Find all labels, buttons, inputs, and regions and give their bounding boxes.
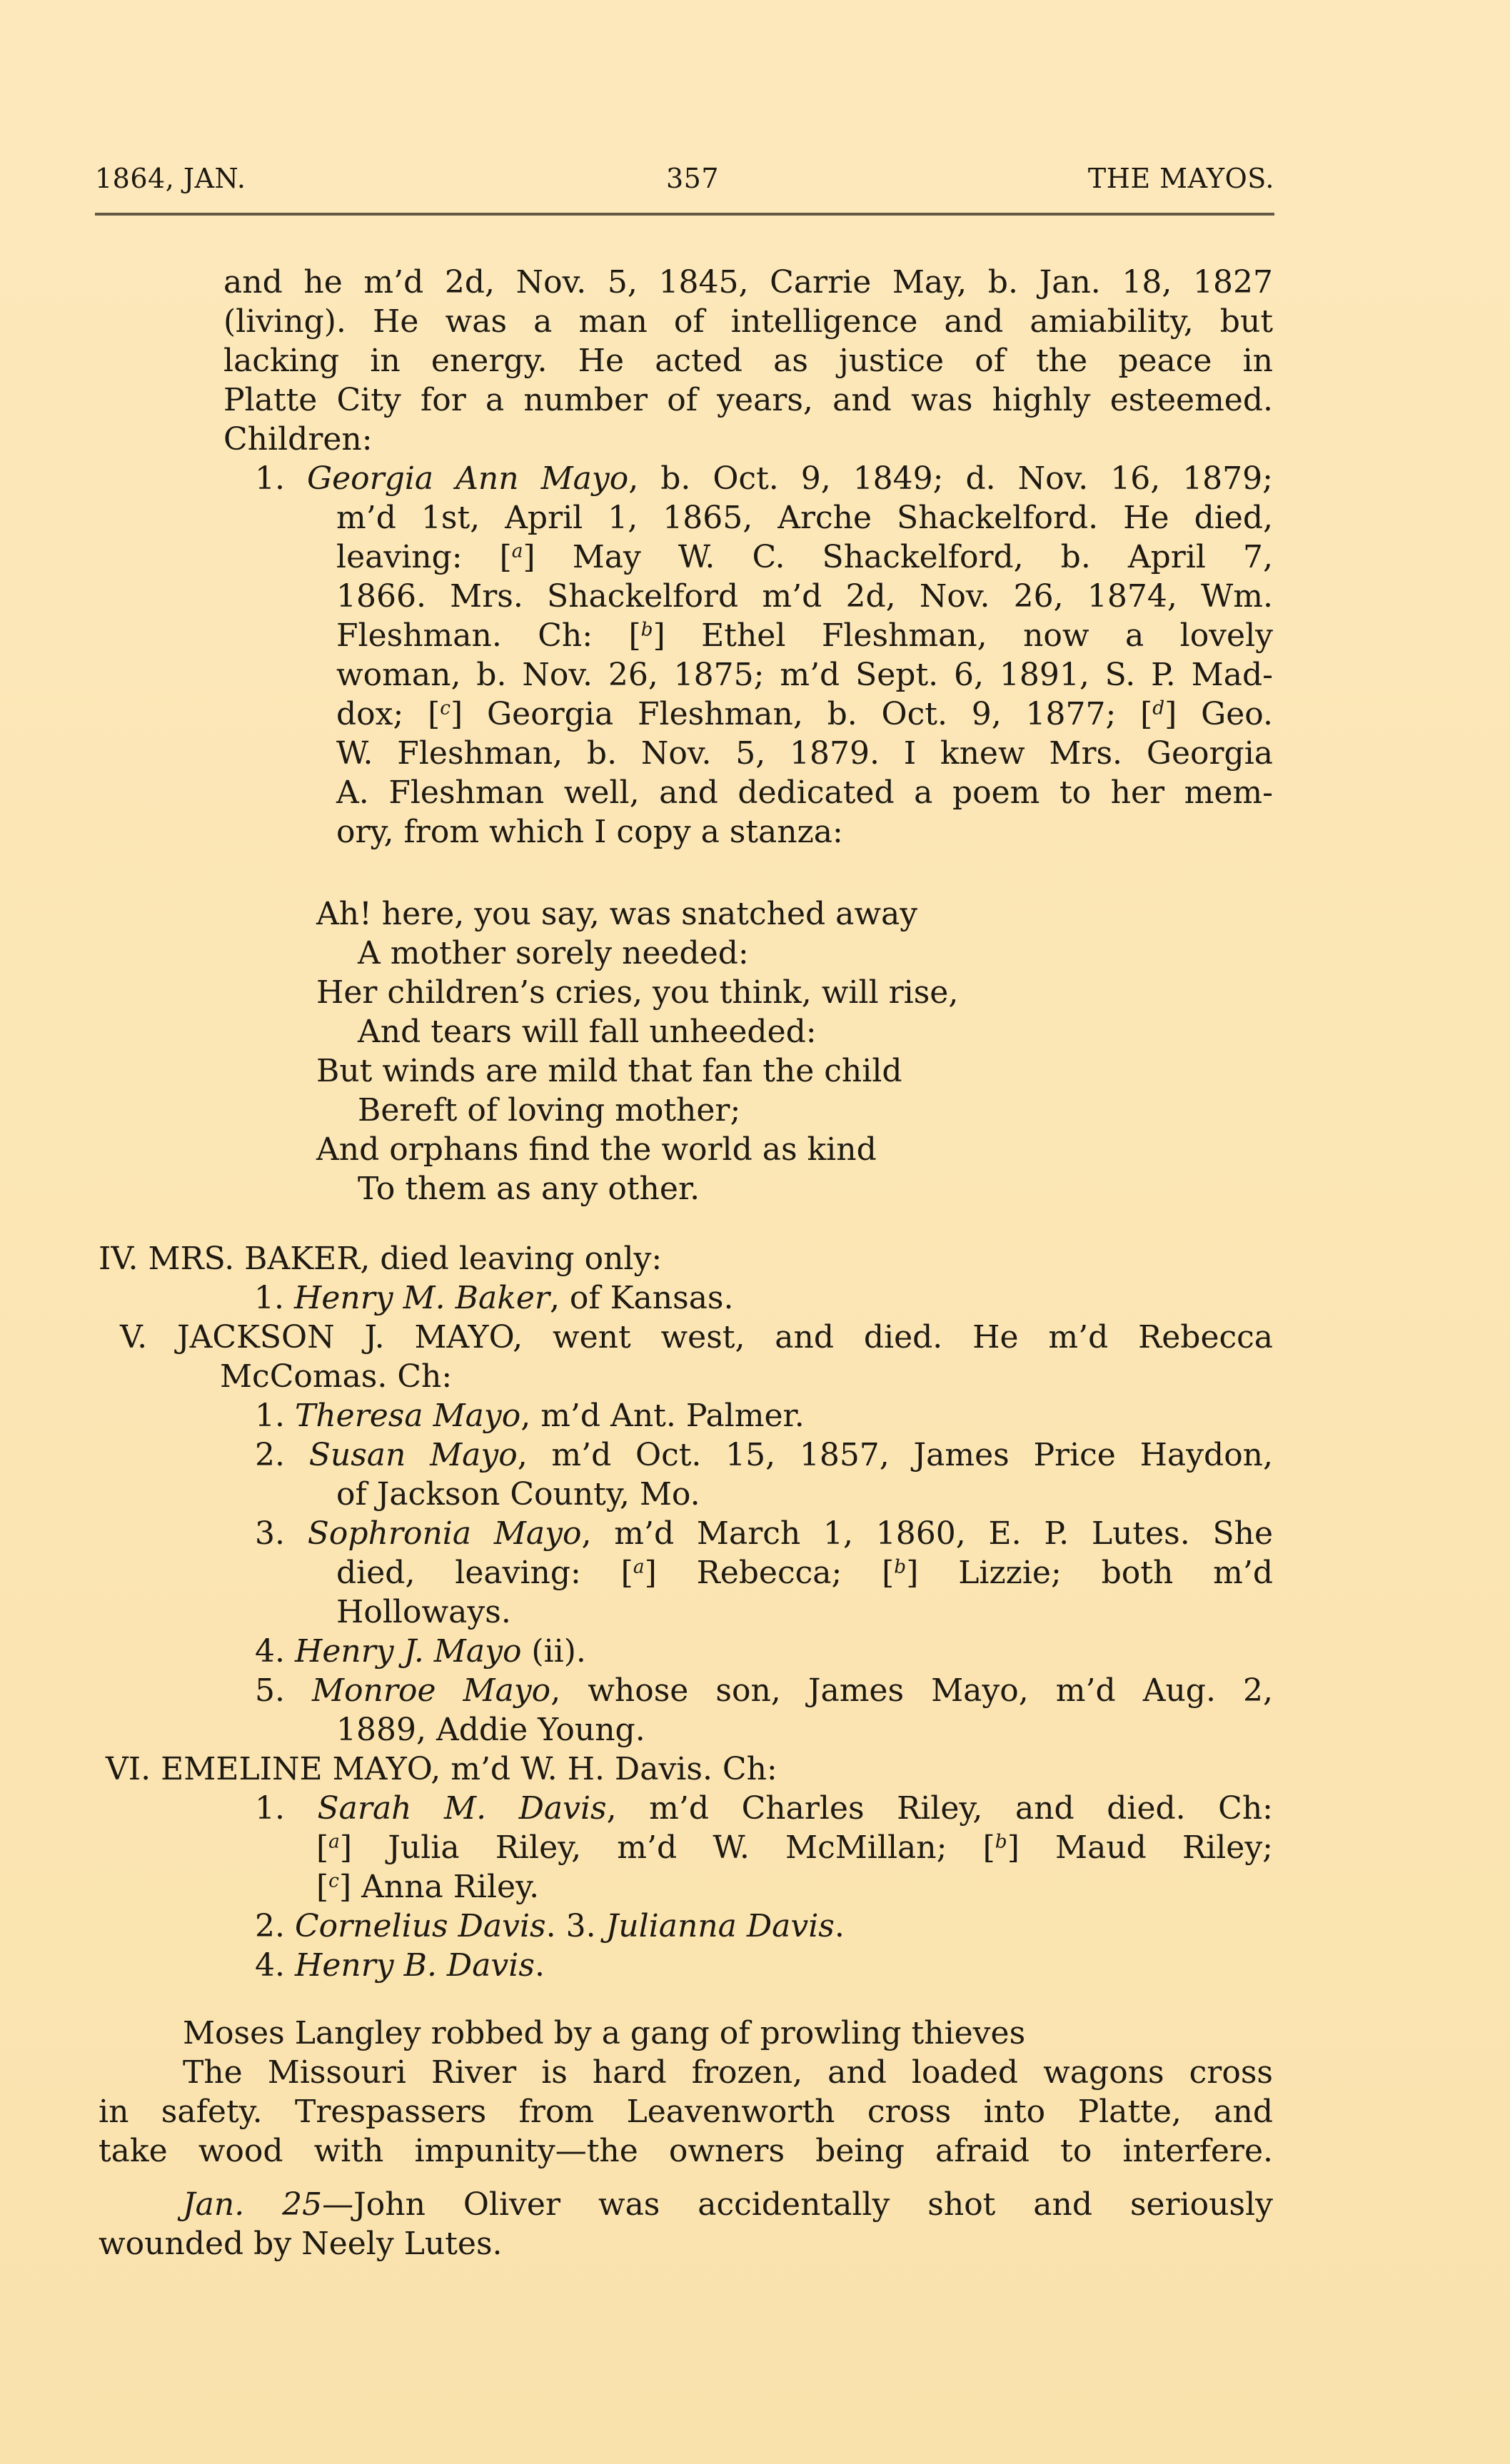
text-line: [c] Anna Riley.: [316, 1867, 1273, 1907]
poem-line: A mother sorely needed:: [316, 934, 1102, 973]
text-line: of Jackson County, Mo.: [255, 1475, 1273, 1514]
section-numeral: IV.: [99, 1241, 138, 1277]
text-line: wounded by Neely Lutes.: [99, 2224, 1273, 2263]
poem-stanza: Ah! here, you say, was snatched away A m…: [316, 894, 1102, 1208]
person-name: Henry M. Baker: [294, 1280, 550, 1316]
child-entry: 1. Theresa Mayo, m’d Ant. Palmer.: [255, 1396, 1273, 1435]
entry-number: 1.: [255, 460, 285, 497]
text-line: W. Fleshman, b. Nov. 5, 1879. I knew Mrs…: [336, 734, 1273, 773]
section-vi-grandchildren: [a] Julia Riley, m’d W. McMillan; [b] Ma…: [316, 1828, 1273, 1907]
poem-line: Her children’s cries, you think, will ri…: [316, 973, 1102, 1012]
header-date: 1864, JAN.: [95, 163, 246, 194]
poem-line: To them as any other.: [316, 1169, 1102, 1208]
text-line: (living). He was a man of intelligence a…: [223, 302, 1273, 341]
section-vi: VI. EMELINE MAYO, m’d W. H. Davis. Ch:: [106, 1749, 1277, 1789]
person-name: Georgia Ann Mayo: [307, 460, 628, 497]
text-line: 1866. Mrs. Shackelford m’d 2d, Nov. 26, …: [336, 577, 1273, 616]
poem-line: And orphans find the world as kind: [316, 1130, 1102, 1169]
header-rule: [95, 213, 1274, 216]
text-line: Platte City for a number of years, and w…: [223, 380, 1273, 420]
section-name: MRS. BAKER: [148, 1241, 360, 1277]
page-number: 357: [666, 163, 719, 194]
person-name: Sophronia Mayo: [308, 1515, 582, 1552]
text-line: [a] Julia Riley, m’d W. McMillan; [b] Ma…: [316, 1828, 1273, 1867]
header-title: THE MAYOS.: [1088, 163, 1274, 194]
poem-line: And tears will fall unheeded:: [316, 1012, 1102, 1051]
text-line: Children:: [223, 420, 1273, 459]
child-entry: 1. Sarah M. Davis, m’d Charles Riley, an…: [255, 1789, 1273, 1828]
text-line: died, leaving: [a] Rebecca; [b] Lizzie; …: [336, 1553, 1273, 1592]
person-name: Cornelius Davis: [295, 1908, 546, 1944]
poem-line: Bereft of loving mother;: [316, 1091, 1102, 1130]
section-v-children-2: 4. Henry J. Mayo (ii). 5. Monroe Mayo, w…: [255, 1632, 1273, 1749]
child-entry-georgia: 1. Georgia Ann Mayo, b. Oct. 9, 1849; d.…: [255, 459, 1273, 498]
person-name: Susan Mayo: [309, 1437, 518, 1473]
person-name: Henry B. Davis: [295, 1947, 535, 1984]
section-heading: VI. EMELINE MAYO, m’d W. H. Davis. Ch:: [106, 1749, 1277, 1789]
person-name: Theresa Mayo: [295, 1398, 520, 1434]
closing-section: Moses Langley robbed by a gang of prowli…: [99, 2014, 1273, 2171]
text-line: dox; [c] Georgia Fleshman, b. Oct. 9, 18…: [336, 695, 1273, 734]
text-line: and he m’d 2d, Nov. 5, 1845, Carrie May,…: [223, 263, 1273, 302]
child-entry: 4. Henry J. Mayo (ii).: [255, 1632, 1273, 1671]
text-line: A. Fleshman well, and dedicated a poem t…: [336, 773, 1273, 812]
text-line: lacking in energy. He acted as justice o…: [223, 341, 1273, 380]
poem-line: But winds are mild that fan the child: [316, 1051, 1102, 1091]
person-name: Julianna Davis: [606, 1908, 835, 1944]
text-line: ory, from which I copy a stanza:: [336, 812, 1273, 852]
child-entry: 5. Monroe Mayo, whose son, James Mayo, m…: [255, 1671, 1273, 1710]
text-line: m’d 1st, April 1, 1865, Arche Shackelfor…: [336, 498, 1273, 537]
text-line: woman, b. Nov. 26, 1875; m’d Sept. 6, 18…: [336, 655, 1273, 695]
child-entry: 2. Cornelius Davis. 3. Julianna Davis.: [255, 1907, 1273, 1946]
section-vi-children-2: 2. Cornelius Davis. 3. Julianna Davis. 4…: [255, 1907, 1273, 1985]
text-line: Moses Langley robbed by a gang of prowli…: [99, 2014, 1273, 2053]
running-head: 1864, JAN. 357 THE MAYOS.: [95, 163, 1274, 203]
child-entry: 4. Henry B. Davis.: [255, 1946, 1273, 1985]
person-name: Monroe Mayo: [312, 1672, 550, 1709]
book-page: 1864, JAN. 357 THE MAYOS. and he m’d 2d,…: [0, 0, 1510, 2464]
text-line: 1889, Addie Young.: [255, 1710, 1273, 1749]
child-entry: 3. Sophronia Mayo, m’d March 1, 1860, E.…: [255, 1514, 1273, 1553]
text-line: in safety. Trespassers from Leavenworth …: [99, 2092, 1273, 2131]
child-entry: 2. Susan Mayo, m’d Oct. 15, 1857, James …: [255, 1435, 1273, 1475]
section-v-children: 1. Theresa Mayo, m’d Ant. Palmer. 2. Sus…: [255, 1396, 1273, 1553]
child-entry-georgia-cont: m’d 1st, April 1, 1865, Arche Shackelfor…: [336, 498, 1273, 852]
section-vi-children: 1. Sarah M. Davis, m’d Charles Riley, an…: [255, 1789, 1273, 1828]
text-line: Jan. 25—John Oliver was accidentally sho…: [99, 2185, 1273, 2224]
section-v-children-cont: died, leaving: [a] Rebecca; [b] Lizzie; …: [336, 1553, 1273, 1632]
section-name: JACKSON J. MAYO: [177, 1319, 513, 1355]
child-entry: 1. Henry M. Baker, of Kansas.: [99, 1278, 1277, 1318]
text-line: McComas. Ch:: [120, 1357, 1273, 1396]
text-line: Fleshman. Ch: [b] Ethel Fleshman, now a …: [336, 616, 1273, 655]
text-line: Holloways.: [336, 1592, 1273, 1632]
intro-paragraph: and he m’d 2d, Nov. 5, 1845, Carrie May,…: [223, 263, 1273, 459]
text-line: take wood with impunity—the owners being…: [99, 2131, 1273, 2171]
text-line: 1. Georgia Ann Mayo, b. Oct. 9, 1849; d.…: [255, 459, 1273, 498]
section-numeral: VI.: [106, 1751, 151, 1787]
entry-date: Jan. 25: [183, 2186, 322, 2223]
section-numeral: V.: [120, 1319, 147, 1355]
section-v: V. JACKSON J. MAYO, went west, and died.…: [120, 1318, 1273, 1396]
person-name: Sarah M. Davis: [318, 1790, 607, 1827]
section-iv: IV. MRS. BAKER, died leaving only: 1. He…: [99, 1239, 1277, 1318]
section-heading: IV. MRS. BAKER, died leaving only:: [99, 1239, 1277, 1278]
text-line: The Missouri River is hard frozen, and l…: [99, 2053, 1273, 2092]
text-line: leaving: [a] May W. C. Shackelford, b. A…: [336, 537, 1273, 577]
poem-line: Ah! here, you say, was snatched away: [316, 894, 1102, 934]
person-name: Henry J. Mayo: [295, 1633, 521, 1670]
section-heading: V. JACKSON J. MAYO, went west, and died.…: [120, 1318, 1273, 1357]
dated-entry: Jan. 25—John Oliver was accidentally sho…: [99, 2185, 1273, 2263]
section-name: EMELINE MAYO: [161, 1751, 431, 1787]
